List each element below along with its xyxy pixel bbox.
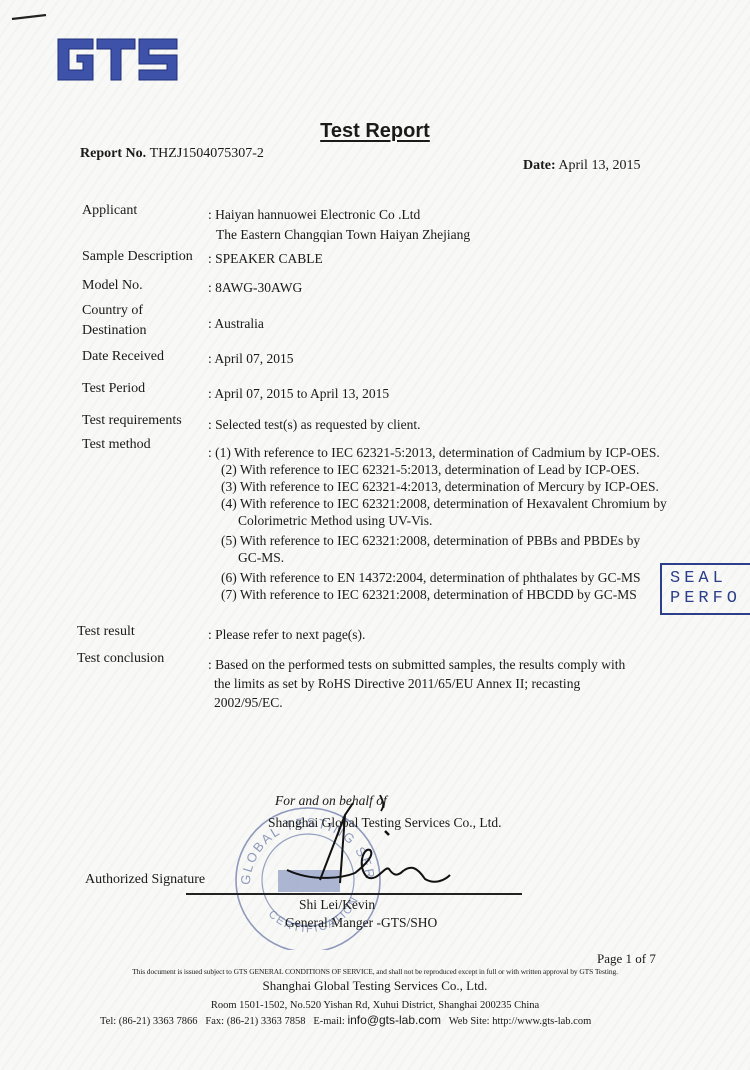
test-result-value: : Please refer to next page(s). [208, 626, 365, 644]
test-method-item: (5) With reference to IEC 62321:2008, de… [208, 532, 667, 549]
footer-website[interactable]: Web Site: http://www.gts-lab.com [449, 1016, 592, 1027]
signature-line [186, 893, 522, 895]
conclusion-line: 2002/95/EC. [208, 693, 625, 712]
pen-mark [10, 14, 48, 20]
footer-disclaimer: This document is issued subject to GTS G… [0, 967, 750, 976]
test-method-item: (7) With reference to IEC 62321:2008, de… [208, 586, 667, 603]
page-number: Page 1 of 7 [597, 951, 656, 967]
seal-stamp: SEAL PERFO [660, 563, 750, 615]
test-result-label: Test result [77, 623, 135, 641]
test-method-label: Test method [82, 436, 151, 454]
document-page: Test Report Report No. THZJ1504075307-2 … [0, 0, 750, 1070]
footer-address: Room 1501-1502, No.520 Yishan Rd, Xuhui … [0, 1000, 750, 1011]
footer-fax: Fax: (86-21) 3363 7858 [205, 1016, 305, 1027]
test-method-item: (2) With reference to IEC 62321-5:2013, … [208, 461, 667, 478]
seal-stamp-line1: SEAL [670, 569, 750, 589]
model-no-label: Model No. [82, 277, 143, 295]
footer-company: Shanghai Global Testing Services Co., Lt… [0, 978, 750, 994]
test-method-item: : (1) With reference to IEC 62321-5:2013… [208, 444, 667, 461]
conclusion-line: the limits as set by RoHS Directive 2011… [208, 674, 625, 693]
test-requirements-label: Test requirements [82, 412, 182, 430]
authorized-signature-label: Authorized Signature [85, 872, 205, 888]
test-period-label: Test Period [82, 380, 145, 398]
sample-description-value: : SPEAKER CABLE [208, 250, 323, 268]
signing-company: Shanghai Global Testing Services Co., Lt… [268, 815, 502, 831]
test-method-item: (4) With reference to IEC 62321:2008, de… [208, 495, 667, 512]
footer-contact: Tel: (86-21) 3363 7866 Fax: (86-21) 3363… [100, 1013, 591, 1027]
test-period-value: : April 07, 2015 to April 13, 2015 [208, 385, 389, 403]
seal-stamp-line2: PERFO [670, 589, 750, 609]
test-method-list: : (1) With reference to IEC 62321-5:2013… [208, 444, 667, 603]
report-date: Date: April 13, 2015 [523, 158, 640, 174]
footer-email-label: E-mail: [313, 1016, 345, 1027]
report-date-label: Date: [523, 158, 556, 173]
report-date-value: April 13, 2015 [558, 158, 640, 173]
report-number-value: THZJ1504075307-2 [150, 146, 264, 161]
gts-logo [55, 35, 180, 83]
country-value: : Australia [208, 315, 264, 333]
signatory-title: General Manger -GTS/SHO [285, 915, 437, 931]
document-title: Test Report [0, 120, 750, 143]
country-label-line2: Destination [82, 322, 147, 340]
model-no-value: : 8AWG-30AWG [208, 279, 302, 297]
date-received-label: Date Received [82, 348, 164, 366]
applicant-value: : Haiyan hannuowei Electronic Co .Ltd Th… [208, 206, 470, 244]
test-conclusion-label: Test conclusion [77, 650, 164, 668]
applicant-name: : Haiyan hannuowei Electronic Co .Ltd [208, 206, 470, 224]
sample-description-label: Sample Description [82, 248, 193, 266]
test-method-item-cont: Colorimetric Method using UV-Vis. [208, 512, 667, 529]
test-conclusion-value: : Based on the performed tests on submit… [208, 655, 625, 712]
applicant-label: Applicant [82, 202, 137, 220]
test-method-item: (6) With reference to EN 14372:2004, det… [208, 569, 667, 586]
on-behalf-text: For and on behalf of [275, 793, 387, 809]
footer-tel: Tel: (86-21) 3363 7866 [100, 1016, 198, 1027]
test-method-item-cont: GC-MS. [208, 549, 667, 566]
test-requirements-value: : Selected test(s) as requested by clien… [208, 416, 421, 434]
test-method-item: (3) With reference to IEC 62321-4:2013, … [208, 478, 667, 495]
applicant-address: The Eastern Changqian Town Haiyan Zhejia… [208, 226, 470, 244]
handwritten-signature [285, 795, 465, 905]
signatory-name: Shi Lei/Kevin [299, 897, 375, 913]
report-number: Report No. THZJ1504075307-2 [80, 146, 264, 162]
conclusion-line: : Based on the performed tests on submit… [208, 655, 625, 674]
date-received-value: : April 07, 2015 [208, 350, 294, 368]
country-label: Country of Destination [82, 302, 147, 340]
footer-email[interactable]: info@gts-lab.com [347, 1013, 441, 1027]
country-label-line1: Country of [82, 302, 147, 320]
report-number-label: Report No. [80, 146, 146, 161]
